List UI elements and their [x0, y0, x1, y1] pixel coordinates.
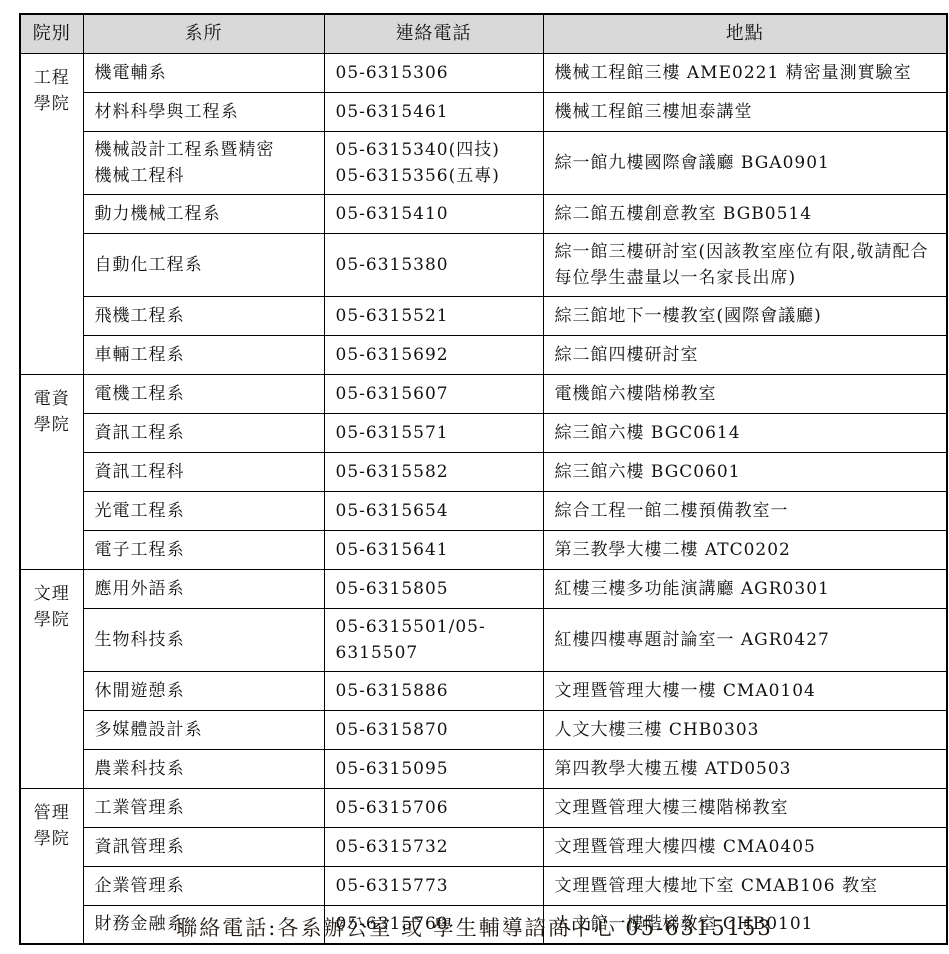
table-row: 多媒體設計系 05-6315870 人文大樓三樓 CHB0303 — [20, 710, 947, 749]
dept-cell: 多媒體設計系 — [83, 710, 324, 749]
phone-cell: 05-6315340(四技) 05-6315356(五專) — [324, 131, 543, 194]
table-row: 電資 學院 電機工程系 05-6315607 電機館六樓階梯教室 — [20, 374, 947, 413]
table-row: 資訊工程科 05-6315582 綜三館六樓 BGC0601 — [20, 452, 947, 491]
dept-cell: 機電輔系 — [83, 53, 324, 92]
location-cell: 紅樓四樓專題討論室一 AGR0427 — [543, 608, 947, 671]
phone-cell: 05-6315870 — [324, 710, 543, 749]
table-row: 文理 學院 應用外語系 05-6315805 紅樓三樓多功能演講廳 AGR030… — [20, 569, 947, 608]
table-row: 休閒遊憩系 05-6315886 文理暨管理大樓一樓 CMA0104 — [20, 671, 947, 710]
phone-cell: 05-6315773 — [324, 866, 543, 905]
table-row: 機械設計工程系暨精密 機械工程科 05-6315340(四技) 05-63153… — [20, 131, 947, 194]
college-cell: 工程 學院 — [20, 53, 83, 374]
dept-cell: 電子工程系 — [83, 530, 324, 569]
header-location: 地點 — [543, 14, 947, 53]
location-cell: 綜一館九樓國際會議廳 BGA0901 — [543, 131, 947, 194]
dept-cell: 應用外語系 — [83, 569, 324, 608]
location-cell: 文理暨管理大樓一樓 CMA0104 — [543, 671, 947, 710]
dept-cell: 資訊工程系 — [83, 413, 324, 452]
phone-cell: 05-6315571 — [324, 413, 543, 452]
college-cell: 電資 學院 — [20, 374, 83, 569]
table-row: 企業管理系 05-6315773 文理暨管理大樓地下室 CMAB106 教室 — [20, 866, 947, 905]
department-contact-table: 院別 系所 連絡電話 地點 工程 學院 機電輔系 05-6315306 機械工程… — [19, 13, 948, 945]
location-cell: 人文大樓三樓 CHB0303 — [543, 710, 947, 749]
table-row: 材料科學與工程系 05-6315461 機械工程館三樓旭泰講堂 — [20, 92, 947, 131]
phone-cell: 05-6315805 — [324, 569, 543, 608]
header-dept: 系所 — [83, 14, 324, 53]
location-cell: 綜三館六樓 BGC0614 — [543, 413, 947, 452]
location-cell: 文理暨管理大樓四樓 CMA0405 — [543, 827, 947, 866]
location-cell: 綜二館四樓研討室 — [543, 335, 947, 374]
dept-cell: 電機工程系 — [83, 374, 324, 413]
dept-cell: 生物科技系 — [83, 608, 324, 671]
table-row: 資訊管理系 05-6315732 文理暨管理大樓四樓 CMA0405 — [20, 827, 947, 866]
phone-cell: 05-6315461 — [324, 92, 543, 131]
phone-cell: 05-6315654 — [324, 491, 543, 530]
dept-cell: 材料科學與工程系 — [83, 92, 324, 131]
phone-cell: 05-6315410 — [324, 194, 543, 233]
location-cell: 綜合工程一館二樓預備教室一 — [543, 491, 947, 530]
dept-cell: 自動化工程系 — [83, 233, 324, 296]
phone-cell: 05-6315521 — [324, 296, 543, 335]
table-row: 管理 學院 工業管理系 05-6315706 文理暨管理大樓三樓階梯教室 — [20, 788, 947, 827]
table-row: 電子工程系 05-6315641 第三教學大樓二樓 ATC0202 — [20, 530, 947, 569]
dept-cell: 工業管理系 — [83, 788, 324, 827]
header-college: 院別 — [20, 14, 83, 53]
header-phone: 連絡電話 — [324, 14, 543, 53]
dept-cell: 飛機工程系 — [83, 296, 324, 335]
phone-cell: 05-6315732 — [324, 827, 543, 866]
table-row: 生物科技系 05-6315501/05-6315507 紅樓四樓專題討論室一 A… — [20, 608, 947, 671]
phone-cell: 05-6315886 — [324, 671, 543, 710]
phone-cell: 05-6315306 — [324, 53, 543, 92]
dept-cell: 資訊工程科 — [83, 452, 324, 491]
location-cell: 機械工程館三樓 AME0221 精密量測實驗室 — [543, 53, 947, 92]
phone-cell: 05-6315501/05-6315507 — [324, 608, 543, 671]
location-cell: 綜三館地下一樓教室(國際會議廳) — [543, 296, 947, 335]
phone-cell: 05-6315582 — [324, 452, 543, 491]
phone-cell: 05-6315692 — [324, 335, 543, 374]
location-cell: 綜二館五樓創意教室 BGB0514 — [543, 194, 947, 233]
table-row: 動力機械工程系 05-6315410 綜二館五樓創意教室 BGB0514 — [20, 194, 947, 233]
dept-cell: 機械設計工程系暨精密 機械工程科 — [83, 131, 324, 194]
dept-cell: 農業科技系 — [83, 749, 324, 788]
phone-cell: 05-6315706 — [324, 788, 543, 827]
phone-cell: 05-6315095 — [324, 749, 543, 788]
college-cell: 文理 學院 — [20, 569, 83, 788]
location-cell: 綜三館六樓 BGC0601 — [543, 452, 947, 491]
table-row: 車輛工程系 05-6315692 綜二館四樓研討室 — [20, 335, 947, 374]
table-row: 工程 學院 機電輔系 05-6315306 機械工程館三樓 AME0221 精密… — [20, 53, 947, 92]
location-cell: 紅樓三樓多功能演講廳 AGR0301 — [543, 569, 947, 608]
location-cell: 文理暨管理大樓三樓階梯教室 — [543, 788, 947, 827]
table-row: 農業科技系 05-6315095 第四教學大樓五樓 ATD0503 — [20, 749, 947, 788]
table-row: 飛機工程系 05-6315521 綜三館地下一樓教室(國際會議廳) — [20, 296, 947, 335]
table-row: 光電工程系 05-6315654 綜合工程一館二樓預備教室一 — [20, 491, 947, 530]
location-cell: 綜一館三樓研討室(因該教室座位有限,敬請配合每位學生盡量以一名家長出席) — [543, 233, 947, 296]
header-row: 院別 系所 連絡電話 地點 — [20, 14, 947, 53]
footer-contact-note: 聯絡電話:各系辦公室 或 學生輔導諮商中心 05-6315153 — [0, 912, 949, 942]
dept-cell: 動力機械工程系 — [83, 194, 324, 233]
dept-cell: 車輛工程系 — [83, 335, 324, 374]
location-cell: 第四教學大樓五樓 ATD0503 — [543, 749, 947, 788]
dept-cell: 資訊管理系 — [83, 827, 324, 866]
phone-cell: 05-6315380 — [324, 233, 543, 296]
table-row: 自動化工程系 05-6315380 綜一館三樓研討室(因該教室座位有限,敬請配合… — [20, 233, 947, 296]
page: 院別 系所 連絡電話 地點 工程 學院 機電輔系 05-6315306 機械工程… — [0, 0, 949, 954]
table-row: 資訊工程系 05-6315571 綜三館六樓 BGC0614 — [20, 413, 947, 452]
dept-cell: 光電工程系 — [83, 491, 324, 530]
phone-cell: 05-6315607 — [324, 374, 543, 413]
location-cell: 第三教學大樓二樓 ATC0202 — [543, 530, 947, 569]
location-cell: 文理暨管理大樓地下室 CMAB106 教室 — [543, 866, 947, 905]
dept-cell: 企業管理系 — [83, 866, 324, 905]
location-cell: 機械工程館三樓旭泰講堂 — [543, 92, 947, 131]
phone-cell: 05-6315641 — [324, 530, 543, 569]
dept-cell: 休閒遊憩系 — [83, 671, 324, 710]
location-cell: 電機館六樓階梯教室 — [543, 374, 947, 413]
